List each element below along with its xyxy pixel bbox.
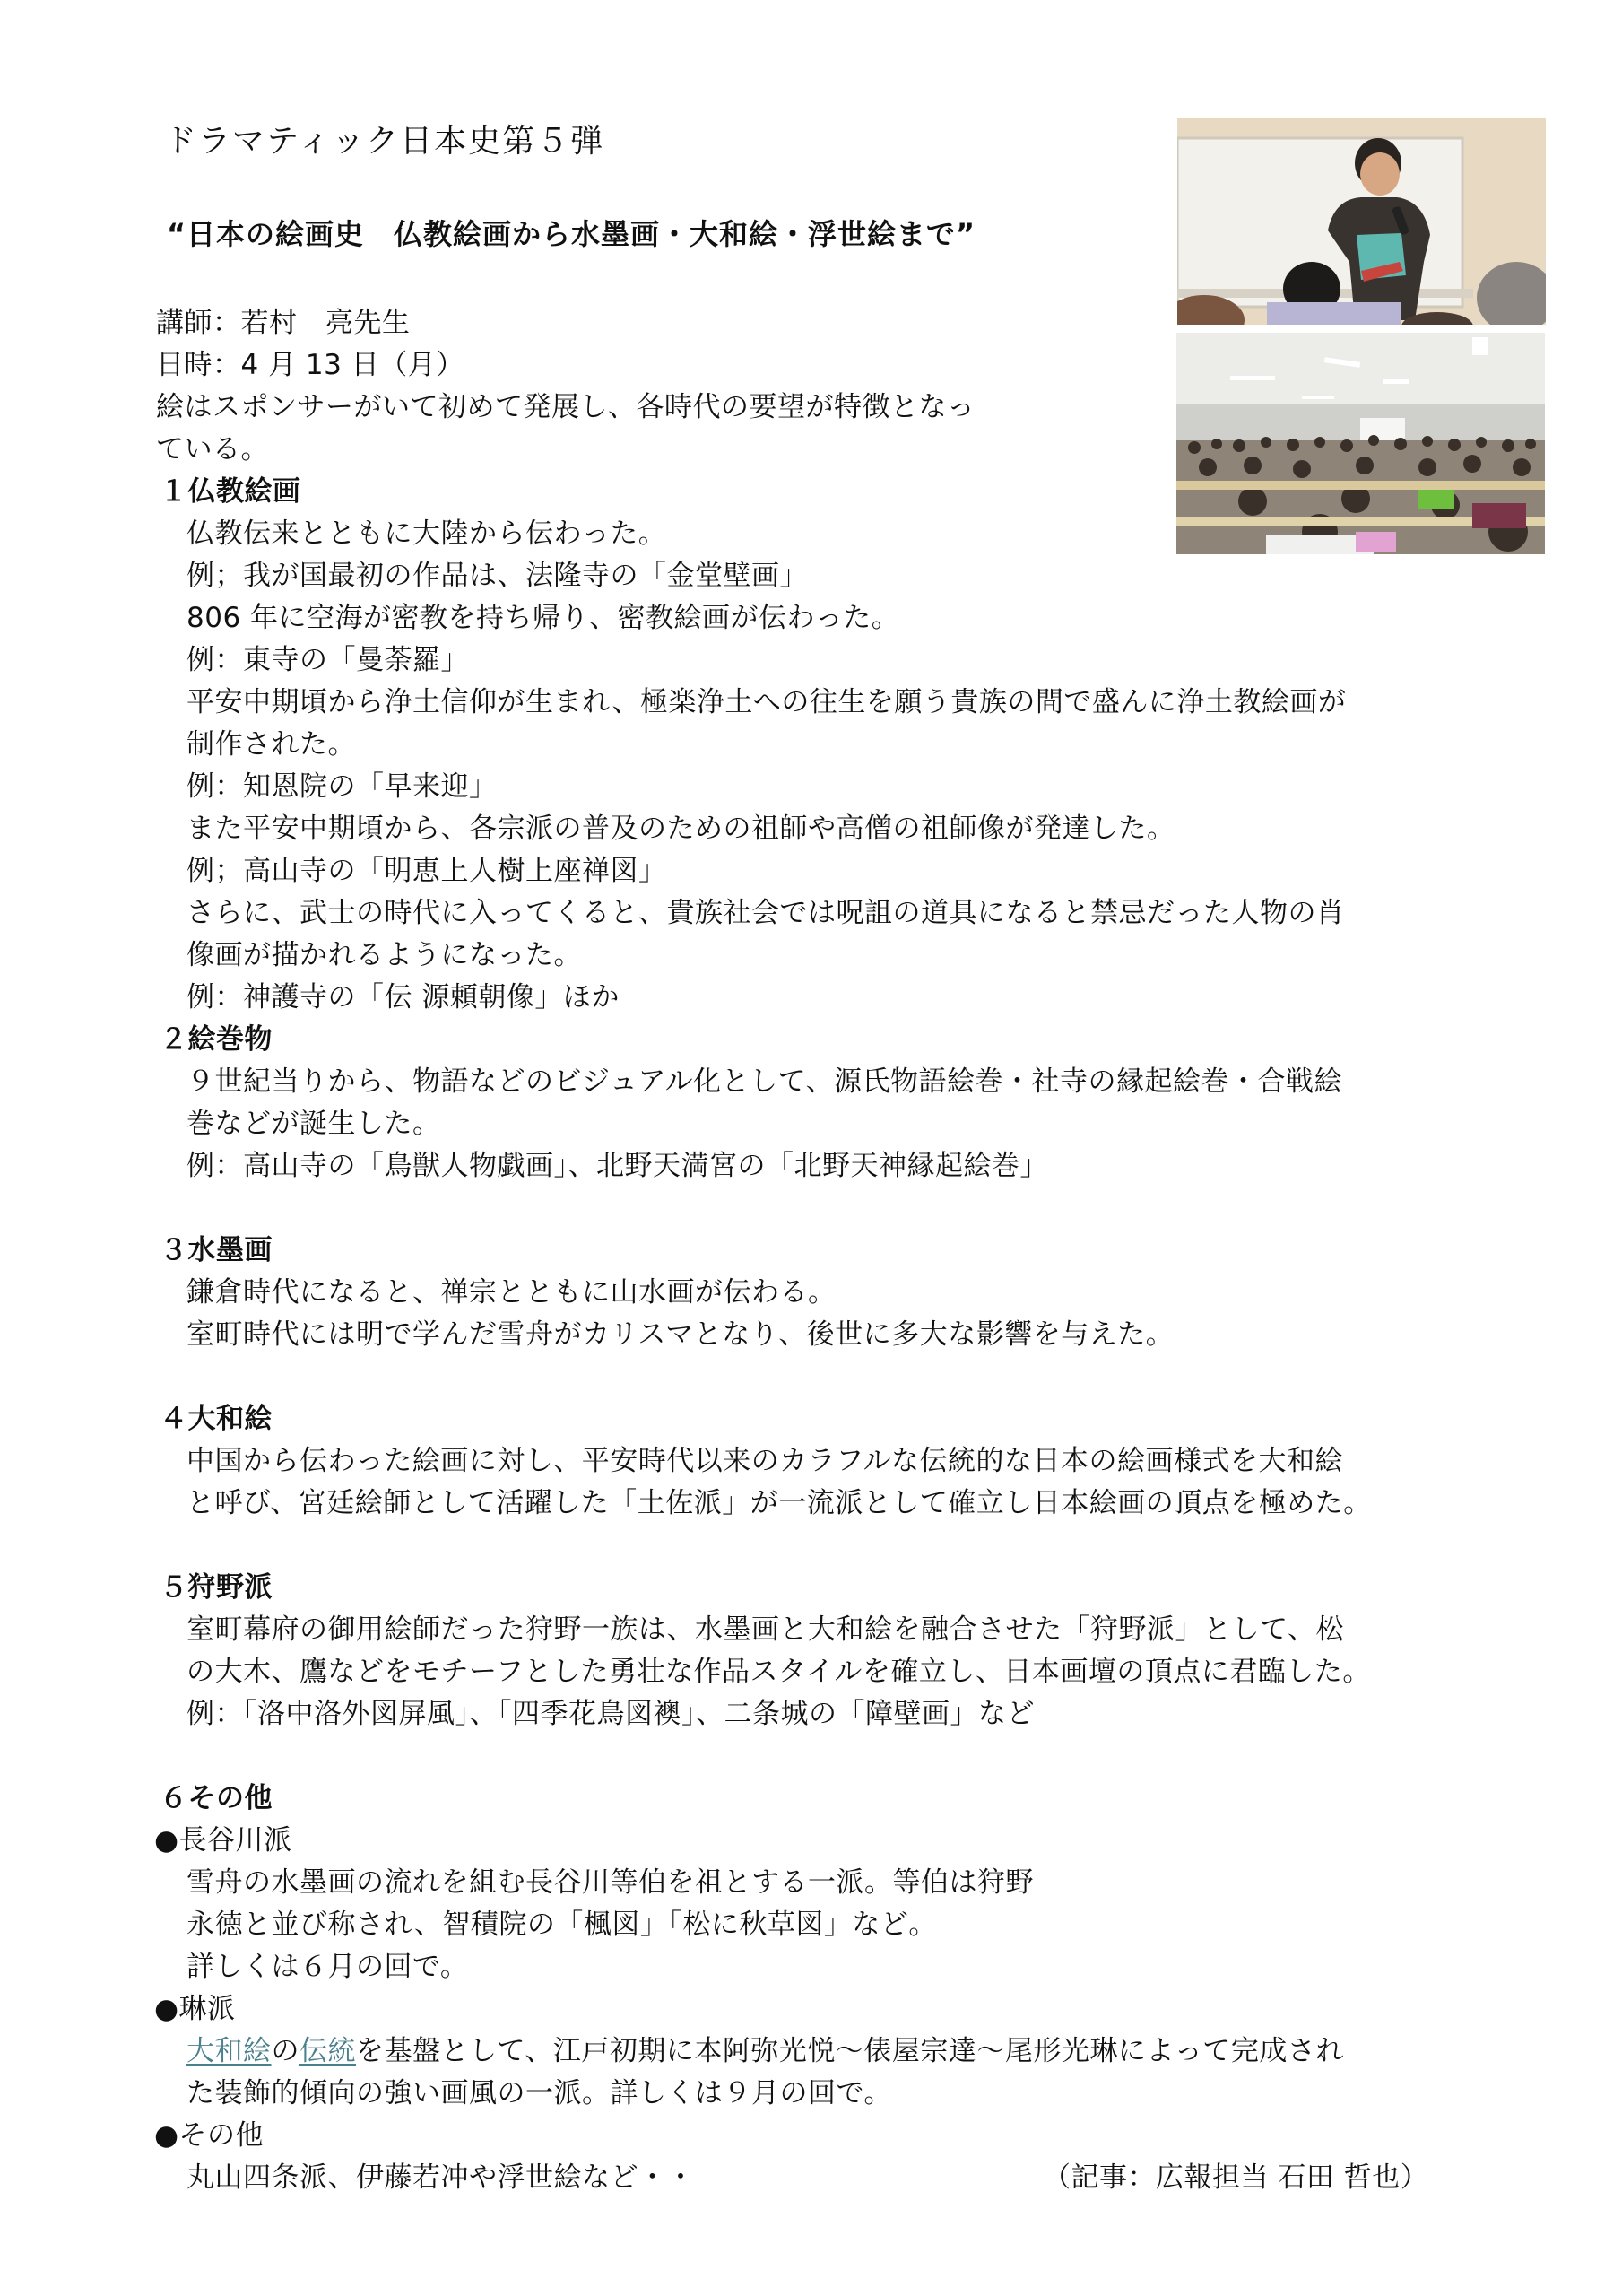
section-heading-others: ６その他: [160, 1780, 273, 1816]
section-3-line: 鎌倉時代になると、禅宗とともに山水画が伝わる。: [186, 1274, 837, 1310]
section-2-line: 例：高山寺の「鳥獣人物戯画」、北野天満宮の「北野天神縁起絵巻」: [186, 1148, 1048, 1184]
section-heading-kano-school: ５狩野派: [160, 1570, 273, 1605]
section-1-line: 806 年に空海が密教を持ち帰り、密教絵画が伝わった。: [186, 600, 899, 636]
section-heading-buddhist-painting: １仏教絵画: [160, 474, 301, 509]
intro-text-line-1: 絵はスポンサーがいて初めて発展し、各時代の要望が特徴となっ: [156, 389, 976, 425]
section-1-line: 仏教伝来とともに大陸から伝わった。: [186, 516, 666, 552]
section-3-line: 室町時代には明で学んだ雪舟がカリスマとなり、後世に多大な影響を与えた。: [186, 1317, 1174, 1352]
bullet-rinpa-school: ●琳派: [154, 1991, 236, 2027]
audience-photo-image: [1176, 333, 1545, 554]
rinpa-text: の: [272, 2035, 300, 2067]
lecture-subtitle: “日本の絵画史 仏教絵画から水墨画・大和絵・浮世絵まで”: [167, 215, 976, 253]
section-1-line: 制作された。: [186, 726, 356, 762]
section-4-line: 中国から伝わった絵画に対し、平安時代以来のカラフルな伝統的な日本の絵画様式を大和…: [186, 1443, 1343, 1479]
section-1-line: 平安中期頃から浄土信仰が生まれ、極楽浄土への往生を願う貴族の間で盛んに浄土教絵画…: [186, 684, 1346, 720]
link-yamato-e[interactable]: 大和絵: [186, 2035, 272, 2067]
lecturer-photo: [1177, 118, 1546, 325]
other-schools-line: 丸山四条派、伊藤若冲や浮世絵など・・: [186, 2160, 695, 2196]
rinpa-text: を基盤として、江戸初期に本阿弥光悦～俵屋宗達～尾形光琳によって完成され: [356, 2035, 1344, 2067]
bullet-other-schools: ●その他: [154, 2118, 264, 2153]
link-tradition[interactable]: 伝統: [299, 2035, 356, 2067]
hasegawa-line: 詳しくは６月の回で。: [186, 1949, 468, 1985]
section-heading-emaki: ２絵巻物: [160, 1022, 273, 1057]
section-5-line: 室町幕府の御用絵師だった狩野一族は、水墨画と大和絵を融合させた「狩野派」として、…: [186, 1612, 1344, 1648]
section-1-line: 例：東寺の「曼荼羅」: [186, 642, 469, 678]
article-byline: （記事：広報担当 石田 哲也）: [1043, 2160, 1428, 2196]
section-4-line: と呼び、宮廷絵師として活躍した「土佐派」が一流派として確立し日本絵画の頂点を極め…: [186, 1485, 1372, 1521]
section-5-line: の大木、鷹などをモチーフとした勇壮な作品スタイルを確立し、日本画壇の頂点に君臨し…: [186, 1654, 1371, 1690]
section-1-line: さらに、武士の時代に入ってくると、貴族社会では呪詛の道具になると禁忌だった人物の…: [186, 895, 1345, 931]
section-5-line: 例：「洛中洛外図屏風」、「四季花鳥図襖」、二条城の「障壁画」など: [186, 1696, 1035, 1732]
section-1-line: 像画が描かれるようになった。: [186, 937, 582, 973]
section-1-line: 例；高山寺の「明恵上人樹上座禅図」: [186, 853, 667, 889]
section-2-line: 巻などが誕生した。: [186, 1106, 441, 1142]
hasegawa-line: 雪舟の水墨画の流れを組む長谷川等伯を祖とする一派。等伯は狩野: [186, 1865, 1034, 1900]
date-info: 日時：4 月 13 日（月）: [156, 347, 464, 383]
section-1-line: 例：知恩院の「早来迎」: [186, 769, 498, 804]
rinpa-line-2: た装飾的傾向の強い画風の一派。詳しくは９月の回で。: [186, 2075, 892, 2111]
audience-photo: [1176, 333, 1545, 554]
section-2-line: ９世紀当りから、物語などのビジュアル化として、源氏物語絵巻・社寺の縁起絵巻・合戦…: [186, 1064, 1342, 1100]
rinpa-line-1: 大和絵の伝統を基盤として、江戸初期に本阿弥光悦～俵屋宗達～尾形光琳によって完成さ…: [186, 2033, 1344, 2069]
section-1-line: 例；我が国最初の作品は、法隆寺の「金堂壁画」: [186, 558, 808, 594]
section-heading-yamato-e: ４大和絵: [160, 1401, 273, 1437]
page-title: ドラマティック日本史第５弾: [164, 122, 604, 161]
lecturer-info: 講師：若村 亮先生: [156, 305, 411, 341]
lecturer-photo-image: [1177, 118, 1546, 325]
bullet-hasegawa-school: ●長谷川派: [154, 1822, 292, 1858]
section-heading-ink-painting: ３水墨画: [160, 1232, 273, 1268]
intro-text-line-2: ている。: [156, 431, 269, 467]
section-1-line: また平安中期頃から、各宗派の普及のための祖師や高僧の祖師像が発達した。: [186, 811, 1175, 847]
hasegawa-line: 永徳と並び称され、智積院の「楓図」「松に秋草図」など。: [186, 1907, 937, 1943]
section-1-line: 例：神護寺の「伝 源頼朝像」ほか: [186, 979, 620, 1015]
